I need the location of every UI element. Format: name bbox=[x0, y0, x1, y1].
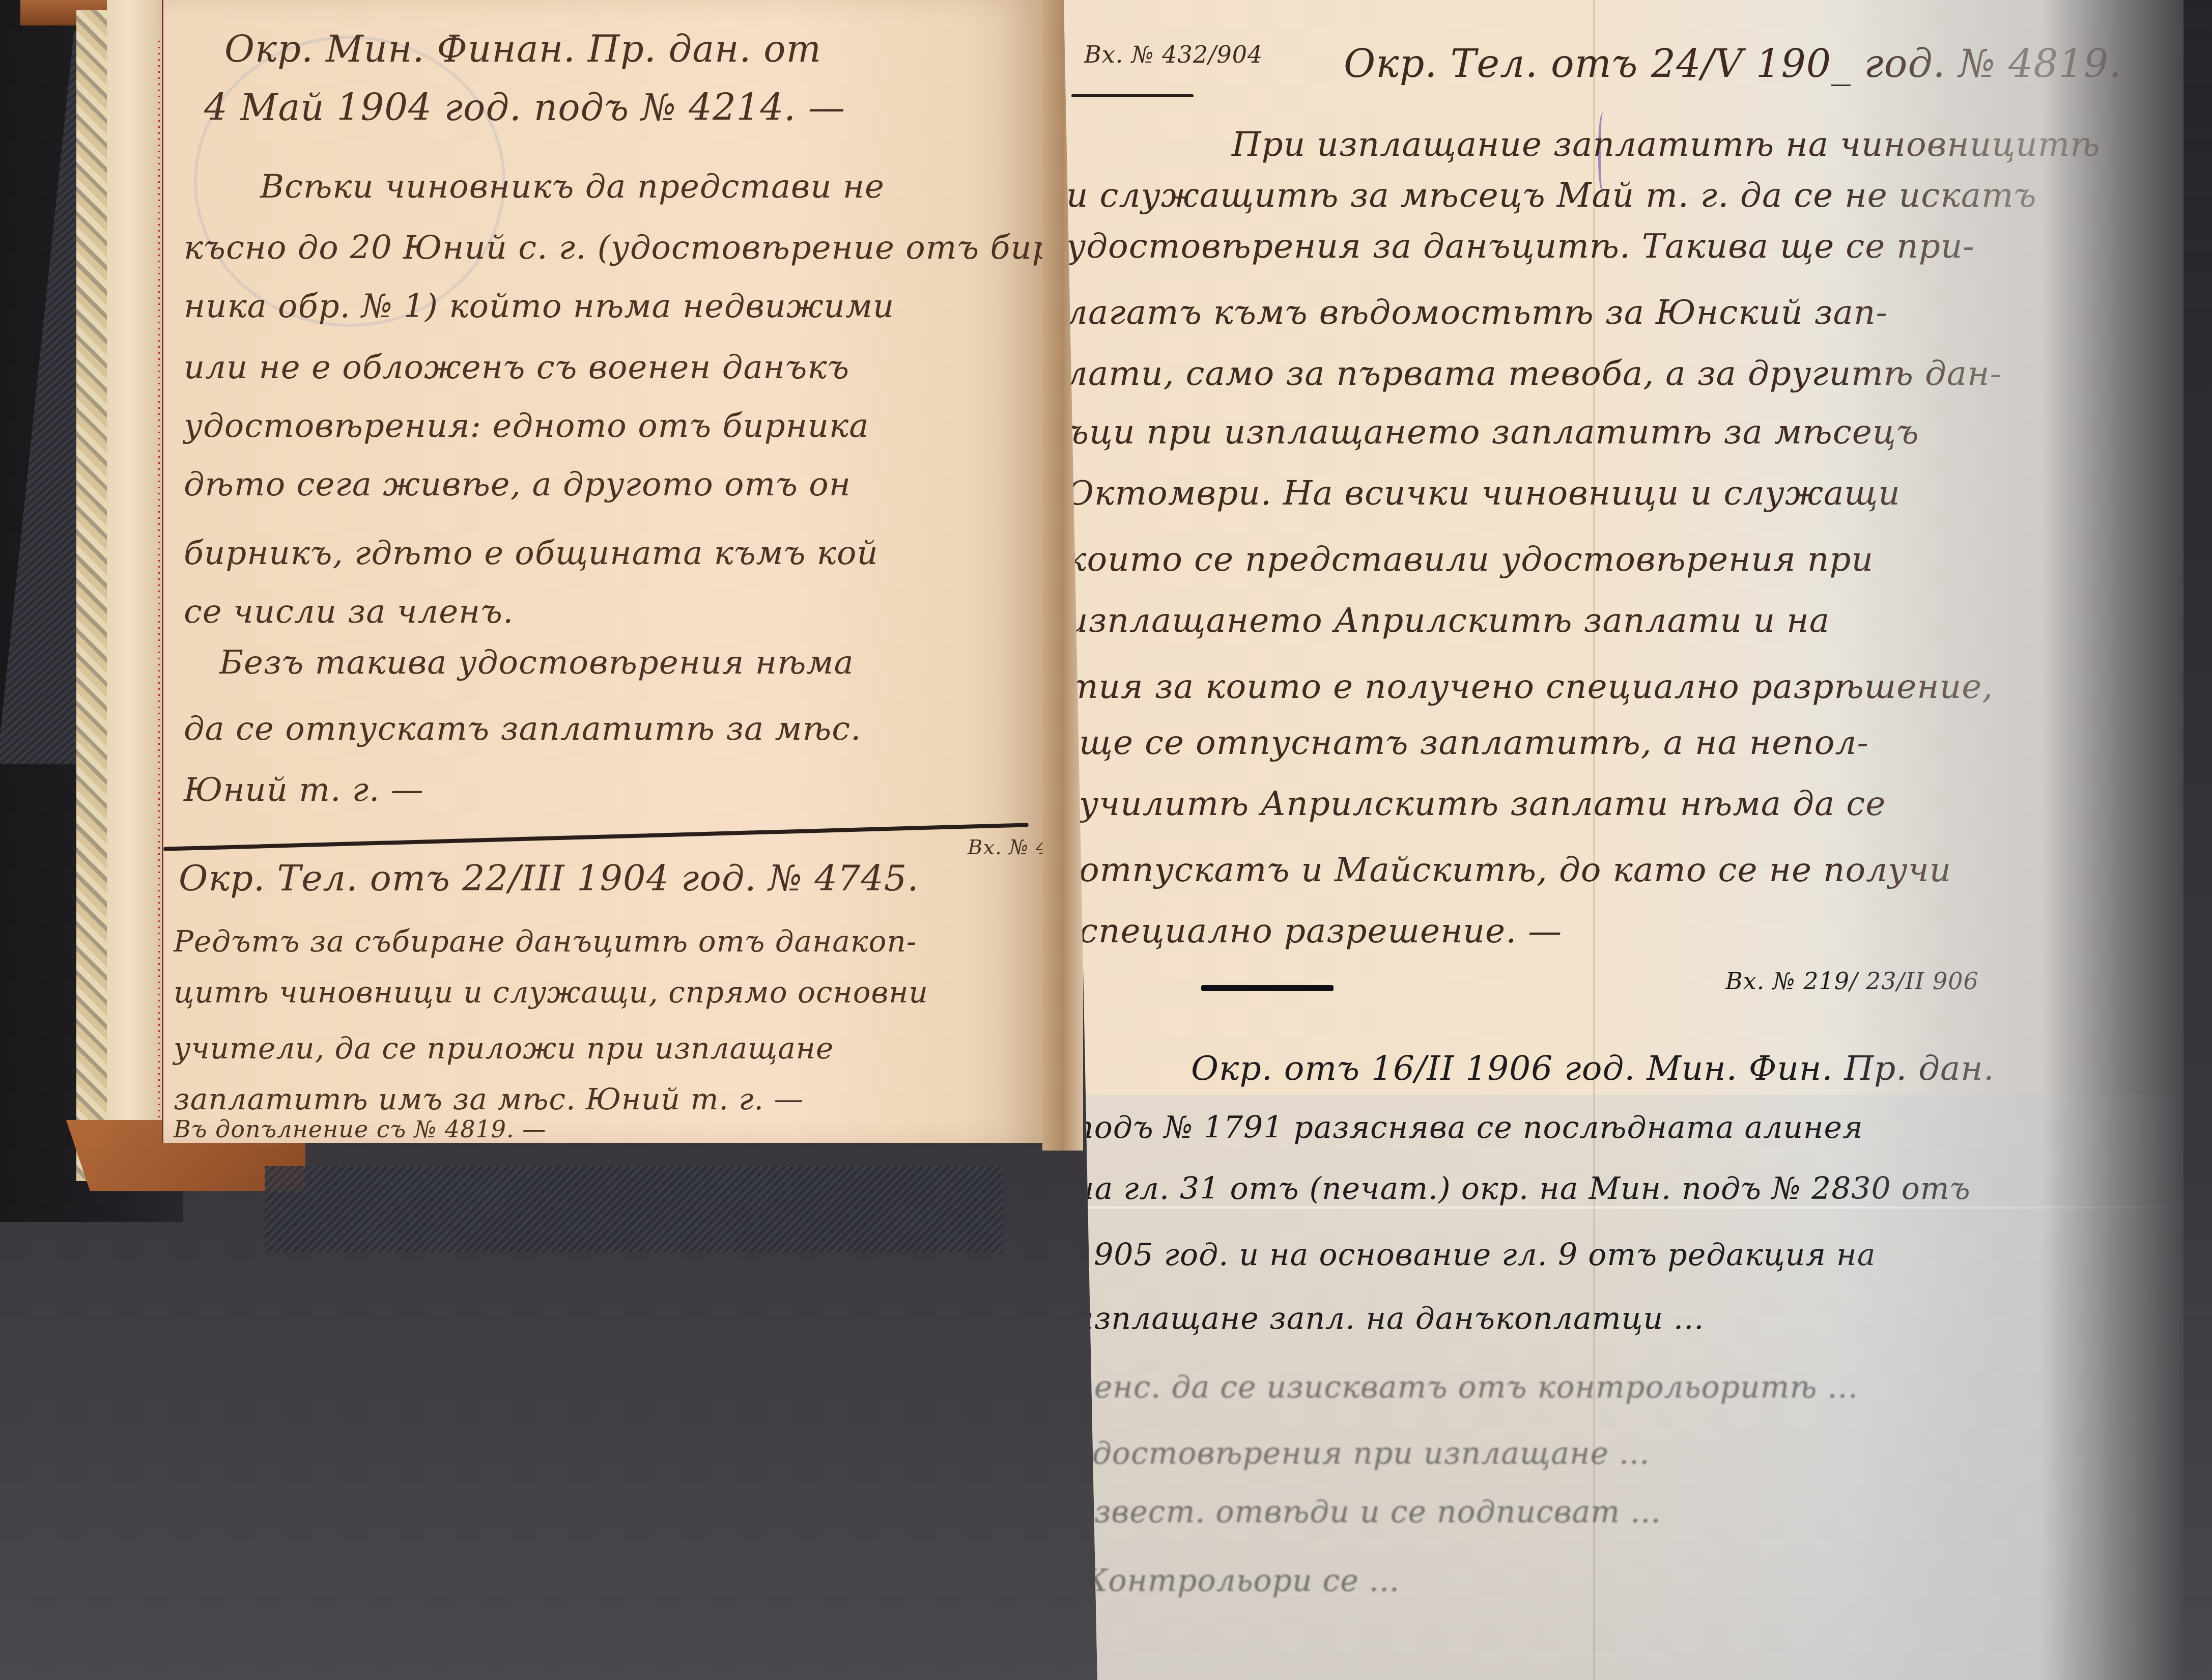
entry1-body-line: изплащането Априлскитѣ заплати и на bbox=[1066, 601, 1830, 640]
entry2-body-line: Въ допълнение съ № 4819. — bbox=[174, 1117, 546, 1141]
section-divider bbox=[163, 823, 1029, 851]
entry1-body-line: ще се отпуснатъ заплатитѣ, а на непол- bbox=[1079, 723, 1869, 762]
entry1-body-line: отпускатъ и Майскитѣ, до като се не полу… bbox=[1079, 850, 1951, 889]
entry2-body-line: 1905 год. и на основание гл. 9 отъ редак… bbox=[1074, 1237, 1876, 1273]
entry1-body-line: специално разрешение. — bbox=[1079, 911, 1562, 950]
entry1-body-line: Юний т. г. — bbox=[184, 774, 424, 806]
entry2-body-line: пенс. да се изискватъ отъ контрольоритѣ … bbox=[1074, 1369, 1858, 1405]
attached-note-sheet: Вх. № 432/904 Окр. Тел. отъ 24/V 190_ го… bbox=[1064, 0, 2183, 1680]
entry2-body-line: извест. отвѣди и се подписват ... bbox=[1074, 1494, 1661, 1530]
entry2-body-line: учители, да се приложи при изплащане bbox=[174, 1033, 834, 1063]
entry1-body-line: се числи за членъ. bbox=[184, 596, 514, 628]
entry2-body-line: Контрольори се ... bbox=[1084, 1563, 1400, 1599]
entry1-body-line: или не е обложенъ съ военен данъкъ bbox=[184, 351, 849, 384]
entry1-body-line: бирникъ, гдѣто е общината къмъ кой bbox=[184, 537, 878, 570]
entry2-heading: Окр. Тел. отъ 22/III 1904 год. № 4745. bbox=[179, 860, 919, 896]
scan-blur-edge bbox=[1827, 0, 2183, 1680]
entry1-body-line: късно до 20 Юний с. г. (удостовѣрение от… bbox=[184, 232, 1065, 264]
section-divider bbox=[1201, 985, 1334, 991]
entry1-body-line: училитѣ Априлскитѣ заплати нѣма да се bbox=[1079, 784, 1886, 823]
entry2-body-line: изплащане запл. на данъкоплатци ... bbox=[1074, 1301, 1704, 1336]
entry2-body-line: удостовѣрения при изплащане ... bbox=[1074, 1436, 1650, 1471]
entry1-body-line: Всѣки чиновникъ да представи не bbox=[260, 171, 885, 203]
margin-note-underline bbox=[1071, 94, 1194, 97]
entry1-heading-line2: 4 Май 1904 год. подъ № 4214. — bbox=[204, 89, 845, 126]
entry1-body-line: да се отпускатъ заплатитѣ за мѣс. bbox=[184, 713, 861, 745]
left-notebook-page: Окр. Мин. Финан. Пр. дан. от 4 Май 1904 … bbox=[162, 0, 1044, 1143]
cloth-cover-bottom bbox=[265, 1166, 1003, 1252]
entry1-body-line: ъци при изплащането заплатитѣ за мѣсецъ bbox=[1066, 412, 1919, 452]
entry1-body-line: лагатъ къмъ вѣдомостьтѣ за Юнский зап- bbox=[1066, 293, 1888, 332]
entry1-body-line: удостовѣрения: едното отъ бирника bbox=[184, 410, 869, 442]
entry2-body-line: Редътъ за събиране данъцитѣ отъ данакоп- bbox=[174, 927, 917, 956]
entry2-body-line: цитѣ чиновници и служащи, спрямо основни bbox=[174, 977, 928, 1007]
entry1-margin-note: Вх. № 432/904 bbox=[1084, 41, 1263, 68]
entry2-body-line: заплатитѣ имъ за мѣс. Юний т. г. — bbox=[174, 1084, 804, 1114]
entry1-heading-line1: Окр. Мин. Финан. Пр. дан. от bbox=[224, 31, 821, 67]
entry1-body-line: ника обр. № 1) който нѣма недвижими bbox=[184, 290, 894, 323]
entry2-body-line: подъ № 1791 разяснява се послѣдната алин… bbox=[1074, 1110, 1863, 1145]
page-stack-edges bbox=[107, 0, 163, 1176]
entry1-body-line: дѣто сега живѣе, а другото отъ он bbox=[184, 468, 851, 501]
entry1-body-line: Безъ такива удостовѣрения нѣма bbox=[219, 647, 854, 679]
entry1-body-line: които се представили удостовѣрения при bbox=[1066, 540, 1874, 579]
entry1-body-line: Октомври. На всички чиновници и служащи bbox=[1066, 473, 1901, 513]
